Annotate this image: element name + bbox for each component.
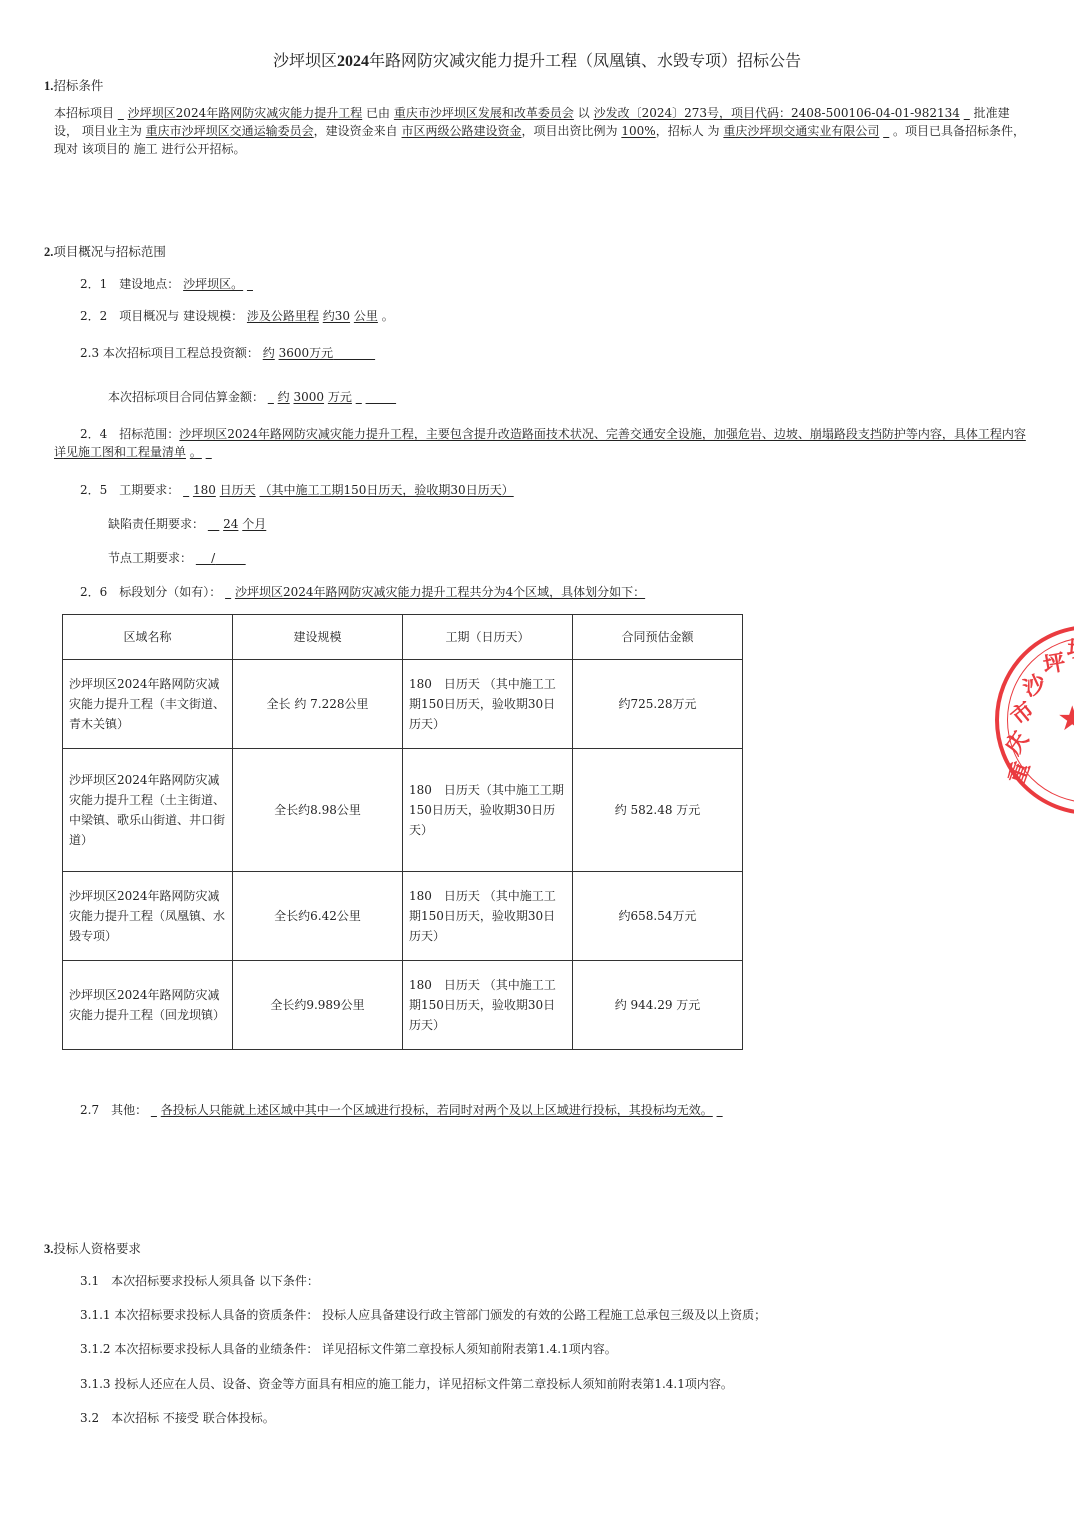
contract-estimate: 3000 [294,390,325,404]
tenderer: 重庆沙坪坝交通实业有限公司 [723,124,879,138]
table-row: 沙坪坝区2024年路网防灾减灾能力提升工程（凤凰镇、水毁专项） 全长约6.42公… [63,872,743,961]
item-2-5: 2．5 工期要求： _ 180 日历天 （其中施工工期150日历天，验收期30日… [80,481,514,498]
defect-period: 缺陷责任期要求： 24 个月 [108,515,266,532]
value: 约 [263,346,275,360]
fund-source: 市区两级公路建设资金 [402,124,522,138]
total-investment: 3600万元 [279,346,334,360]
project-name: 沙坪坝区2024年路网防灾减灾能力提升工程 [128,106,363,120]
value: 涉及公路里程 [247,309,319,323]
cell-amount: 约 944.29 万元 [573,961,743,1050]
section-number: 2. [44,245,53,259]
cell-duration: 180 日历天 （其中施工工期150日历天，验收期30日历天） [403,961,573,1050]
table-row: 沙坪坝区2024年路网防灾减灾能力提升工程（丰文街道、青木关镇） 全长 约 7.… [63,660,743,749]
value: 约 [278,390,290,404]
cell-duration: 180 日历天 （其中施工工期150日历天，验收期30日历天） [403,872,573,961]
cell-duration: 180 日历天 （其中施工工期150日历天，验收期30日历天） [403,660,573,749]
section1-heading: 1.招标条件 [44,76,103,94]
table-row: 沙坪坝区2024年路网防灾减灾能力提升工程（土主街道、中梁镇、歌乐山街道、井口街… [63,749,743,872]
label: 2．2 项目概况与 建设规模： [80,309,243,323]
section1-paragraph: 本招标项目 _ 沙坪坝区2024年路网防灾减灾能力提升工程 已由 重庆市沙坪坝区… [54,104,1029,158]
star-icon: ★ [1057,699,1074,739]
section-division-table: 区域名称 建设规模 工期（日历天） 合同预估金额 沙坪坝区2024年路网防灾减灾… [62,614,743,1050]
unit: 公里 [354,309,378,323]
cell-region: 沙坪坝区2024年路网防灾减灾能力提升工程（回龙坝镇） [63,961,233,1050]
section-title: 招标条件 [53,78,103,93]
document-title: 沙坪坝区2024年路网防灾减灾能力提升工程（凤凰镇、水毁专项）招标公告 [0,48,1074,71]
unit: 万元 [328,390,352,404]
item-2-3: 2.3 本次招标项目工程总投资额： 约 3600万元 [80,344,375,361]
unit: 个月 [242,517,266,531]
section-number: 1. [44,79,53,93]
cell-amount: 约 582.48 万元 [573,749,743,872]
item-3-1-3: 3.1.3 投标人还应在人员、设备、资金等方面具有相应的施工能力，详见招标文件第… [80,1375,733,1392]
item-3-1-1: 3.1.1 本次招标要求投标人具备的资质条件： 投标人应具备建设行政主管部门颁发… [80,1306,766,1323]
cell-scale: 全长约9.989公里 [233,961,403,1050]
text: ，建设资金来自 [314,124,398,138]
road-length: 约30 [323,309,350,323]
label: 2．1 建设地点： [80,277,179,291]
duration-days: 180 [193,483,216,497]
label: 本次招标项目合同估算金额： [108,390,264,404]
text: 。 [190,445,202,459]
label: 2.7 其他： [80,1103,147,1117]
approval-doc: 沙发改〔2024〕273号，项目代码：2408-500106-04-01-982… [594,106,960,120]
text: 以 [578,106,590,120]
title-prefix: 沙坪坝区 [273,51,337,70]
unit: 日历天 [220,483,256,497]
cell-scale: 全长 约 7.228公里 [233,660,403,749]
item-2-2: 2．2 项目概况与 建设规模： 涉及公路里程 约30 公里 。 [80,307,394,324]
section-title: 投标人资格要求 [53,1241,141,1256]
title-year: 2024 [337,53,369,70]
label: 2．6 标段划分（如有）： [80,585,221,599]
section-number: 3. [44,1242,53,1256]
construction-site: 沙坪坝区。 [183,277,243,291]
cell-amount: 约658.54万元 [573,872,743,961]
node-period: 节点工期要求： / [108,549,246,566]
defect-months: 24 [223,517,238,531]
table-header-row: 区域名称 建设规模 工期（日历天） 合同预估金额 [63,615,743,660]
item-3-1-2: 3.1.2 本次招标要求投标人具备的业绩条件： 详见招标文件第二章投标人须知前附… [80,1340,617,1357]
approval-authority: 重庆市沙坪坝区发展和改革委员会 [394,106,574,120]
section-title: 项目概况与招标范围 [53,244,166,259]
header-region-name: 区域名称 [63,615,233,660]
item-2-4: 2．4 招标范围：沙坪坝区2024年路网防灾减灾能力提升工程，主要包含提升改造路… [54,425,1029,461]
title-suffix: 年路网防灾减灾能力提升工程（凤凰镇、水毁专项）招标公告 [369,51,801,70]
label: 缺陷责任期要求： [108,517,204,531]
header-duration: 工期（日历天） [403,615,573,660]
cell-scale: 全长约6.42公里 [233,872,403,961]
official-seal: 重 庆 市 沙 坪 坝 ★ [995,625,1074,815]
item-2-6: 2．6 标段划分（如有）： _ 沙坪坝区2024年路网防灾减灾能力提升工程共分为… [80,583,645,600]
cell-duration: 180 日历天（其中施工工期150日历天，验收期30日历天） [403,749,573,872]
text: 。 [382,309,394,323]
cell-region: 沙坪坝区2024年路网防灾减灾能力提升工程（丰文街道、青木关镇） [63,660,233,749]
item-3-1: 3.1 本次招标要求投标人须具备 以下条件： [80,1272,319,1289]
section3-heading: 3.投标人资格要求 [44,1239,141,1257]
text: ，招标人 为 [656,124,720,138]
cell-region: 沙坪坝区2024年路网防灾减灾能力提升工程（土主街道、中梁镇、歌乐山街道、井口街… [63,749,233,872]
seal-char: 坝 [1066,632,1074,665]
text: ，项目出资比例为 [522,124,618,138]
cell-region: 沙坪坝区2024年路网防灾减灾能力提升工程（凤凰镇、水毁专项） [63,872,233,961]
label: 2.3 本次招标项目工程总投资额： [80,346,259,360]
header-amount: 合同预估金额 [573,615,743,660]
item-2-1: 2．1 建设地点： 沙坪坝区。 _ [80,275,253,292]
cell-scale: 全长约8.98公里 [233,749,403,872]
text: 已由 [366,106,390,120]
fund-ratio: 100% [621,124,655,138]
project-owner: 重庆市沙坪坝区交通运输委员会 [146,124,314,138]
table-row: 沙坪坝区2024年路网防灾减灾能力提升工程（回龙坝镇） 全长约9.989公里 1… [63,961,743,1050]
item-3-2: 3.2 本次招标 不接受 联合体投标。 [80,1409,275,1426]
duration-detail: （其中施工工期150日历天，验收期30日历天） [260,483,514,497]
label: 2．4 招标范围： [80,427,179,441]
text: 本招标项目 [54,106,114,120]
section2-heading: 2.项目概况与招标范围 [44,242,166,260]
section-division: 沙坪坝区2024年路网防灾减灾能力提升工程共分为4个区域，具体划分如下： [235,585,645,599]
item-2-7: 2.7 其他： _ 各投标人只能就上述区域中其中一个区域进行投标，若同时对两个及… [80,1101,723,1118]
other-terms: 各投标人只能就上述区域中其中一个区域进行投标，若同时对两个及以上区域进行投标，其… [161,1103,713,1117]
label: 节点工期要求： [108,551,192,565]
label: 2．5 工期要求： [80,483,179,497]
header-scale: 建设规模 [233,615,403,660]
cell-amount: 约725.28万元 [573,660,743,749]
item-2-3b: 本次招标项目合同估算金额： _ 约 3000 万元 _ [108,388,396,405]
